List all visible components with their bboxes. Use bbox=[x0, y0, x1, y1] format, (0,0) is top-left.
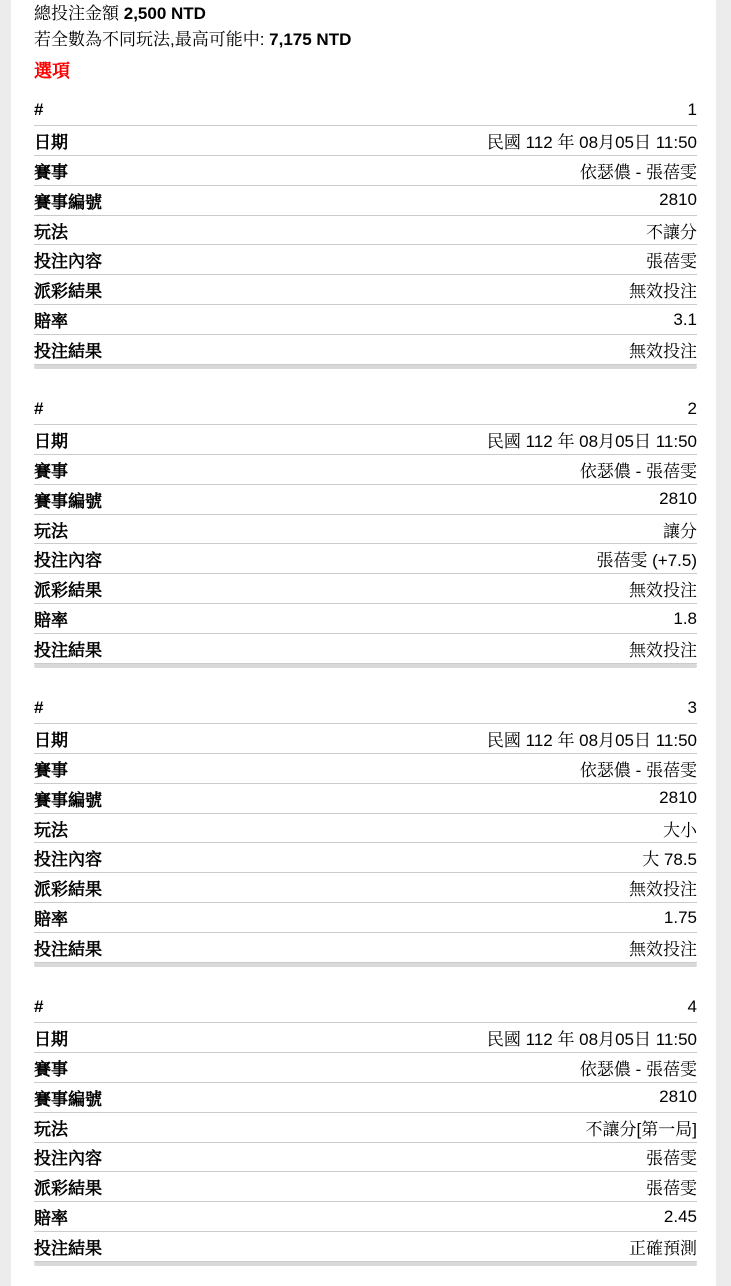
row-payout-result: 派彩結果 無效投注 bbox=[34, 873, 697, 903]
field-value-payout-result: 無效投注 bbox=[629, 875, 697, 900]
row-date: 日期 民國 112 年 08月05日 11:50 bbox=[34, 1023, 697, 1053]
row-bet-result: 投注結果 無效投注 bbox=[34, 335, 697, 365]
field-label-odds: 賠率 bbox=[34, 1204, 68, 1229]
field-value-event: 依瑟儂 - 張蓓雯 bbox=[580, 158, 697, 183]
field-value-event-id: 2810 bbox=[659, 489, 697, 509]
field-label-play-type: 玩法 bbox=[34, 517, 68, 542]
field-label-bet-result: 投注結果 bbox=[34, 337, 102, 362]
row-bet-content: 投注內容 張蓓雯 bbox=[34, 245, 697, 275]
option-block: # 1 日期 民國 112 年 08月05日 11:50 賽事 依瑟儂 - 張蓓… bbox=[34, 96, 697, 369]
row-event: 賽事 依瑟儂 - 張蓓雯 bbox=[34, 754, 697, 784]
row-odds: 賠率 1.75 bbox=[34, 903, 697, 933]
bet-receipt-page: 總投注金額 2,500 NTD 若全數為不同玩法,最高可能中: 7,175 NT… bbox=[11, 0, 716, 1286]
field-value-event-id: 2810 bbox=[659, 788, 697, 808]
row-event-id: 賽事編號 2810 bbox=[34, 784, 697, 814]
field-value-play-type: 不讓分[第一局] bbox=[586, 1115, 697, 1140]
field-label-odds: 賠率 bbox=[34, 905, 68, 930]
row-payout-result: 派彩結果 張蓓雯 bbox=[34, 1172, 697, 1202]
field-label-number: # bbox=[34, 100, 43, 120]
field-label-event: 賽事 bbox=[34, 457, 68, 482]
option-block: # 4 日期 民國 112 年 08月05日 11:50 賽事 依瑟儂 - 張蓓… bbox=[34, 993, 697, 1266]
field-label-payout-result: 派彩結果 bbox=[34, 1174, 102, 1199]
field-value-event: 依瑟儂 - 張蓓雯 bbox=[580, 457, 697, 482]
field-value-play-type: 不讓分 bbox=[646, 218, 697, 243]
field-value-bet-result: 無效投注 bbox=[629, 935, 697, 960]
field-label-payout-result: 派彩結果 bbox=[34, 875, 102, 900]
field-value-odds: 1.75 bbox=[664, 908, 697, 928]
field-label-number: # bbox=[34, 399, 43, 419]
row-number: # 4 bbox=[34, 993, 697, 1023]
field-value-payout-result: 無效投注 bbox=[629, 277, 697, 302]
field-value-event-id: 2810 bbox=[659, 1087, 697, 1107]
row-number: # 1 bbox=[34, 96, 697, 126]
field-label-bet-content: 投注內容 bbox=[34, 845, 102, 870]
total-bet-line: 總投注金額 2,500 NTD bbox=[34, 1, 697, 27]
row-odds: 賠率 1.8 bbox=[34, 604, 697, 634]
option-block: # 2 日期 民國 112 年 08月05日 11:50 賽事 依瑟儂 - 張蓓… bbox=[34, 395, 697, 668]
field-label-event: 賽事 bbox=[34, 1055, 68, 1080]
row-bet-result: 投注結果 無效投注 bbox=[34, 634, 697, 664]
block-separator bbox=[34, 664, 697, 668]
max-win-label: 若全數為不同玩法,最高可能中: bbox=[34, 30, 269, 49]
row-play-type: 玩法 讓分 bbox=[34, 515, 697, 545]
field-label-date: 日期 bbox=[34, 427, 68, 452]
total-bet-label: 總投注金額 bbox=[34, 4, 124, 23]
field-value-bet-result: 正確預測 bbox=[629, 1234, 697, 1259]
row-event: 賽事 依瑟儂 - 張蓓雯 bbox=[34, 156, 697, 186]
field-value-odds: 2.45 bbox=[664, 1207, 697, 1227]
field-value-bet-result: 無效投注 bbox=[629, 337, 697, 362]
row-play-type: 玩法 大小 bbox=[34, 814, 697, 844]
field-label-bet-result: 投注結果 bbox=[34, 935, 102, 960]
field-value-event: 依瑟儂 - 張蓓雯 bbox=[580, 756, 697, 781]
row-date: 日期 民國 112 年 08月05日 11:50 bbox=[34, 425, 697, 455]
field-label-event: 賽事 bbox=[34, 158, 68, 183]
field-value-bet-content: 張蓓雯 (+7.5) bbox=[596, 546, 697, 571]
row-payout-result: 派彩結果 無效投注 bbox=[34, 275, 697, 305]
field-label-payout-result: 派彩結果 bbox=[34, 277, 102, 302]
row-event: 賽事 依瑟儂 - 張蓓雯 bbox=[34, 455, 697, 485]
block-separator bbox=[34, 1262, 697, 1266]
field-label-bet-result: 投注結果 bbox=[34, 636, 102, 661]
row-date: 日期 民國 112 年 08月05日 11:50 bbox=[34, 126, 697, 156]
row-odds: 賠率 3.1 bbox=[34, 305, 697, 335]
max-win-line: 若全數為不同玩法,最高可能中: 7,175 NTD bbox=[34, 27, 697, 53]
field-value-date: 民國 112 年 08月05日 11:50 bbox=[487, 427, 697, 452]
field-value-date: 民國 112 年 08月05日 11:50 bbox=[487, 128, 697, 153]
row-bet-content: 投注內容 張蓓雯 (+7.5) bbox=[34, 544, 697, 574]
field-label-number: # bbox=[34, 997, 43, 1017]
row-event-id: 賽事編號 2810 bbox=[34, 485, 697, 515]
field-value-event-id: 2810 bbox=[659, 190, 697, 210]
field-value-bet-content: 張蓓雯 bbox=[646, 247, 697, 272]
block-separator bbox=[34, 365, 697, 369]
field-label-bet-content: 投注內容 bbox=[34, 247, 102, 272]
field-label-date: 日期 bbox=[34, 128, 68, 153]
field-value-event: 依瑟儂 - 張蓓雯 bbox=[580, 1055, 697, 1080]
row-event: 賽事 依瑟儂 - 張蓓雯 bbox=[34, 1053, 697, 1083]
field-label-event-id: 賽事編號 bbox=[34, 786, 102, 811]
field-label-bet-content: 投注內容 bbox=[34, 1144, 102, 1169]
field-label-date: 日期 bbox=[34, 726, 68, 751]
row-play-type: 玩法 不讓分 bbox=[34, 216, 697, 246]
field-label-bet-result: 投注結果 bbox=[34, 1234, 102, 1259]
row-date: 日期 民國 112 年 08月05日 11:50 bbox=[34, 724, 697, 754]
field-value-number: 4 bbox=[688, 997, 697, 1017]
field-value-bet-content: 張蓓雯 bbox=[646, 1144, 697, 1169]
row-bet-result: 投注結果 正確預測 bbox=[34, 1232, 697, 1262]
field-value-bet-content: 大 78.5 bbox=[642, 845, 697, 870]
field-label-play-type: 玩法 bbox=[34, 218, 68, 243]
field-label-play-type: 玩法 bbox=[34, 1115, 68, 1140]
block-separator bbox=[34, 963, 697, 967]
field-label-event-id: 賽事編號 bbox=[34, 188, 102, 213]
row-event-id: 賽事編號 2810 bbox=[34, 1083, 697, 1113]
field-label-odds: 賠率 bbox=[34, 307, 68, 332]
field-label-event-id: 賽事編號 bbox=[34, 1085, 102, 1110]
field-value-date: 民國 112 年 08月05日 11:50 bbox=[487, 726, 697, 751]
row-bet-content: 投注內容 張蓓雯 bbox=[34, 1143, 697, 1173]
field-label-play-type: 玩法 bbox=[34, 816, 68, 841]
field-label-bet-content: 投注內容 bbox=[34, 546, 102, 571]
field-label-odds: 賠率 bbox=[34, 606, 68, 631]
field-value-number: 3 bbox=[688, 698, 697, 718]
field-label-date: 日期 bbox=[34, 1025, 68, 1050]
row-play-type: 玩法 不讓分[第一局] bbox=[34, 1113, 697, 1143]
options-section-title: 選項 bbox=[34, 61, 697, 81]
field-value-payout-result: 無效投注 bbox=[629, 576, 697, 601]
field-label-number: # bbox=[34, 698, 43, 718]
field-label-payout-result: 派彩結果 bbox=[34, 576, 102, 601]
row-payout-result: 派彩結果 無效投注 bbox=[34, 574, 697, 604]
row-odds: 賠率 2.45 bbox=[34, 1202, 697, 1232]
field-value-bet-result: 無效投注 bbox=[629, 636, 697, 661]
row-event-id: 賽事編號 2810 bbox=[34, 186, 697, 216]
field-value-play-type: 大小 bbox=[663, 816, 697, 841]
field-value-number: 2 bbox=[688, 399, 697, 419]
options-list: # 1 日期 民國 112 年 08月05日 11:50 賽事 依瑟儂 - 張蓓… bbox=[34, 96, 697, 1266]
field-value-date: 民國 112 年 08月05日 11:50 bbox=[487, 1025, 697, 1050]
field-value-odds: 3.1 bbox=[673, 310, 697, 330]
field-value-payout-result: 張蓓雯 bbox=[646, 1174, 697, 1199]
row-number: # 3 bbox=[34, 694, 697, 724]
row-number: # 2 bbox=[34, 395, 697, 425]
field-label-event: 賽事 bbox=[34, 756, 68, 781]
total-bet-amount: 2,500 NTD bbox=[124, 4, 206, 23]
row-bet-content: 投注內容 大 78.5 bbox=[34, 843, 697, 873]
field-value-number: 1 bbox=[688, 100, 697, 120]
option-block: # 3 日期 民國 112 年 08月05日 11:50 賽事 依瑟儂 - 張蓓… bbox=[34, 694, 697, 967]
row-bet-result: 投注結果 無效投注 bbox=[34, 933, 697, 963]
field-value-play-type: 讓分 bbox=[663, 517, 697, 542]
field-value-odds: 1.8 bbox=[673, 609, 697, 629]
max-win-amount: 7,175 NTD bbox=[269, 30, 351, 49]
field-label-event-id: 賽事編號 bbox=[34, 487, 102, 512]
